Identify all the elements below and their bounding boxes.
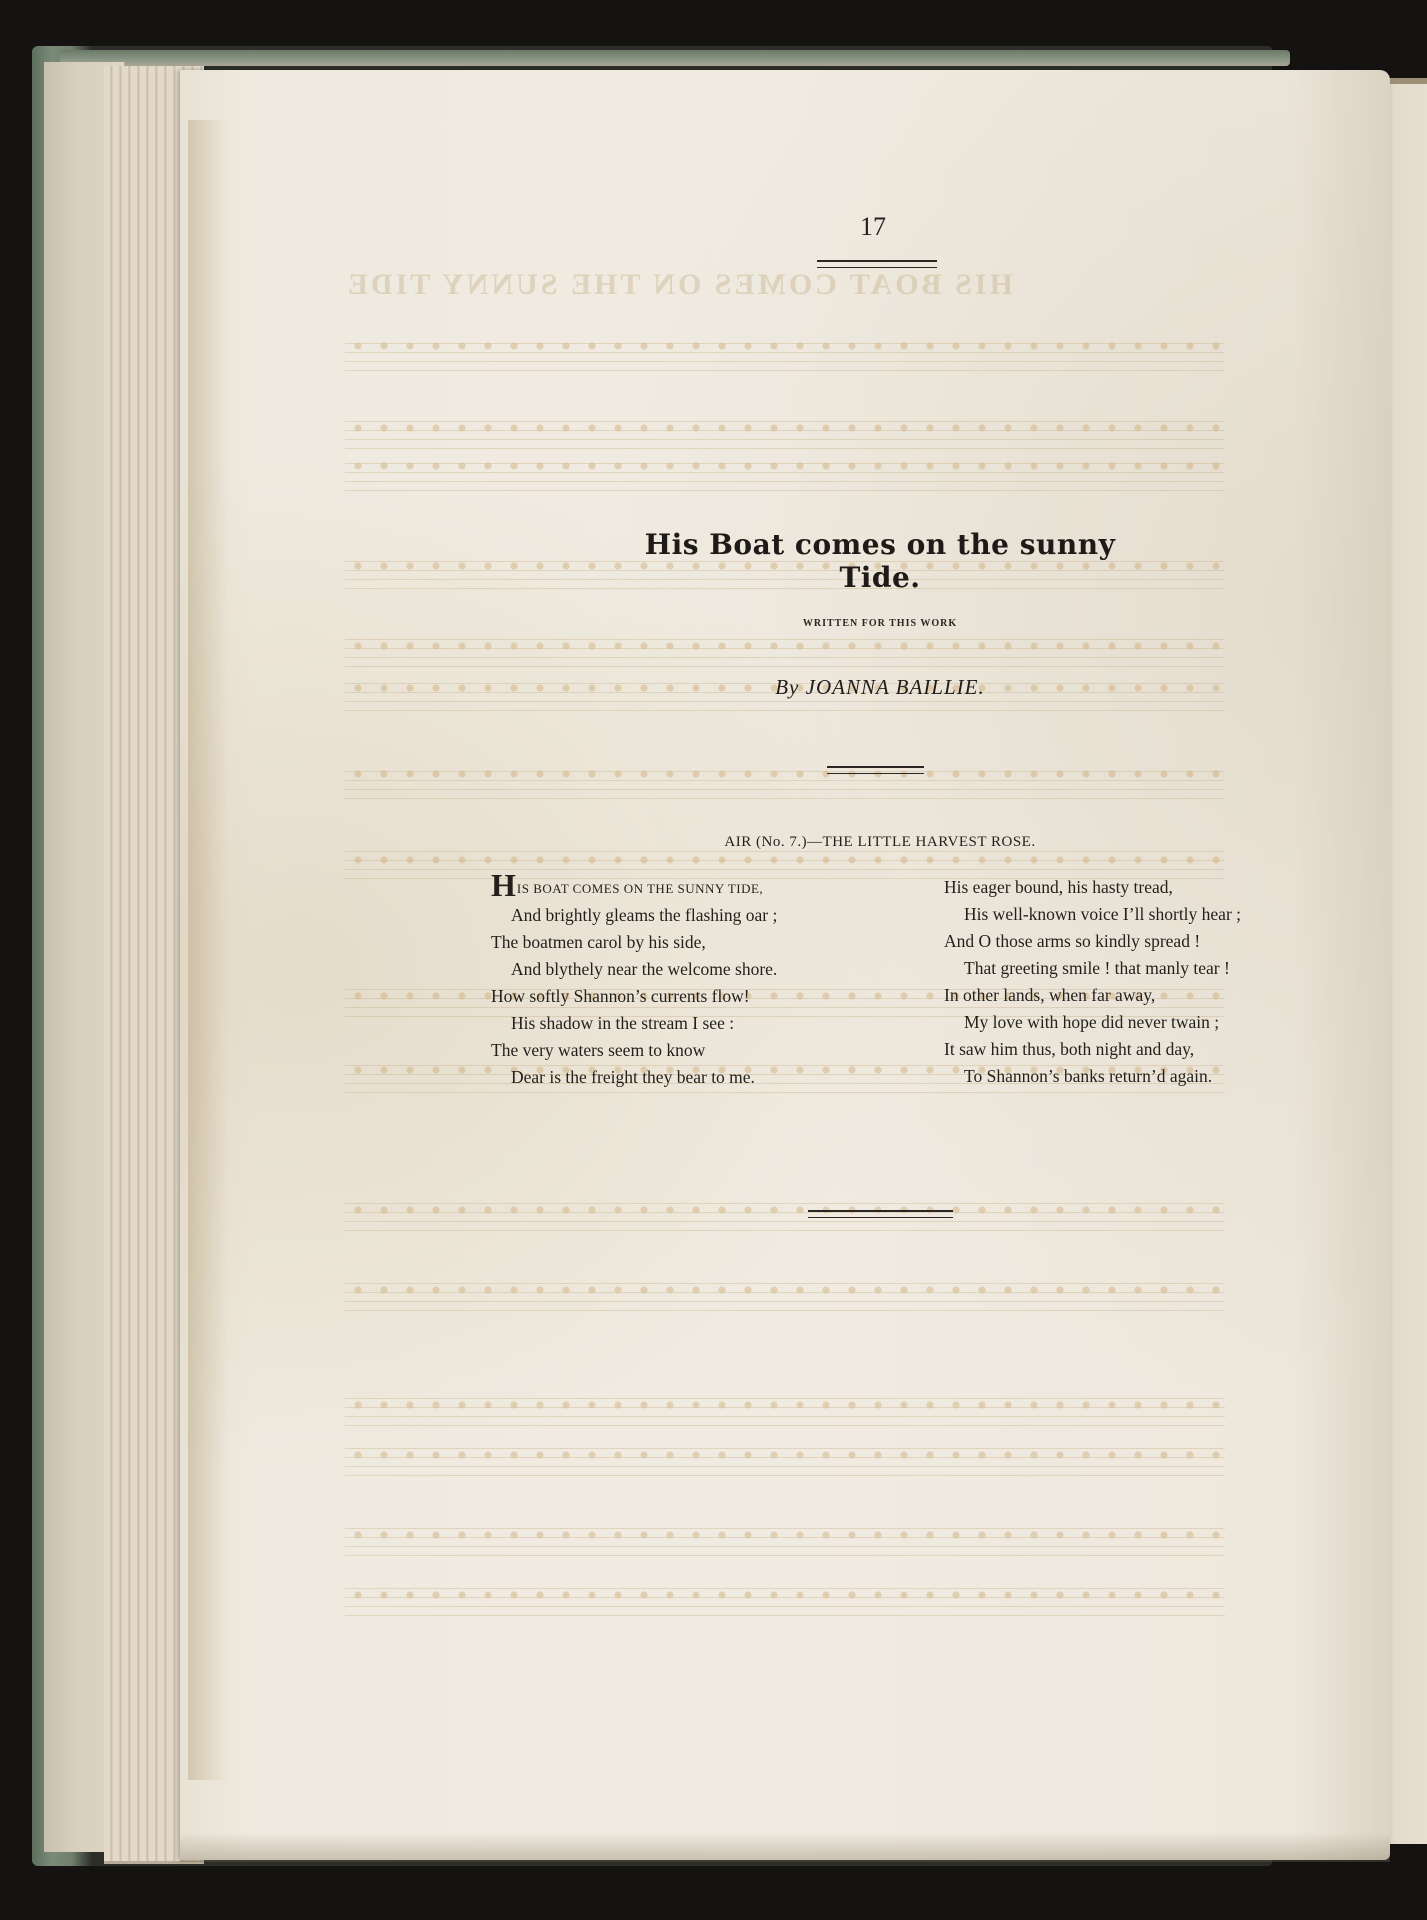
- poem-line: His boat comes on the sunny tide,: [491, 874, 931, 902]
- poem-line: The very waters seem to know: [491, 1037, 931, 1064]
- divider-rule: [817, 260, 937, 268]
- air-heading: AIR (No. 7.)—THE LITTLE HARVEST ROSE.: [600, 834, 1160, 851]
- author-byline: By JOANNA BAILLIE.: [700, 675, 1060, 700]
- poem-line: The boatmen carol by his side,: [491, 929, 931, 956]
- poem-line: And brightly gleams the flashing oar ;: [491, 902, 931, 929]
- poem-line: And O those arms so kindly spread !: [944, 928, 1284, 955]
- poem-line: His eager bound, his hasty tread,: [944, 874, 1284, 901]
- divider-rule: [808, 1210, 953, 1218]
- gutter-foxing: [188, 120, 228, 1780]
- page-bottom-shadow: [180, 1832, 1390, 1862]
- stanza-right: His eager bound, his hasty tread, His we…: [944, 874, 1284, 1090]
- poem-line: His well-known voice I’ll shortly hear ;: [944, 901, 1284, 928]
- poem-subtitle: WRITTEN FOR THIS WORK: [740, 618, 1020, 629]
- bleed-through-music-lower: [345, 1390, 1225, 1630]
- poem-line: My love with hope did never twain ;: [944, 1009, 1284, 1036]
- divider-rule: [827, 766, 924, 774]
- poem-line: Dear is the freight they bear to me.: [491, 1064, 931, 1091]
- cover-top-edge: [60, 50, 1290, 66]
- poem-line: His shadow in the stream I see :: [491, 1010, 931, 1037]
- stanza-left: His boat comes on the sunny tide, And br…: [491, 874, 931, 1091]
- poem-line: How softly Shannon’s currents flow!: [491, 983, 931, 1010]
- poem-line: That greeting smile ! that manly tear !: [944, 955, 1284, 982]
- bleed-through-heading: HIS BOAT COMES ON THE SUNNY TIDE: [345, 268, 1085, 302]
- poem-title: His Boat comes on the sunny Tide.: [610, 528, 1150, 594]
- poem-line: And blythely near the welcome shore.: [491, 956, 931, 983]
- poem-line: In other lands, when far away,: [944, 982, 1284, 1009]
- poem-line: It saw him thus, both night and day,: [944, 1036, 1284, 1063]
- drop-cap: H: [491, 867, 516, 903]
- poem-line: To Shannon’s banks return’d again.: [944, 1063, 1284, 1090]
- page-number: 17: [828, 212, 918, 242]
